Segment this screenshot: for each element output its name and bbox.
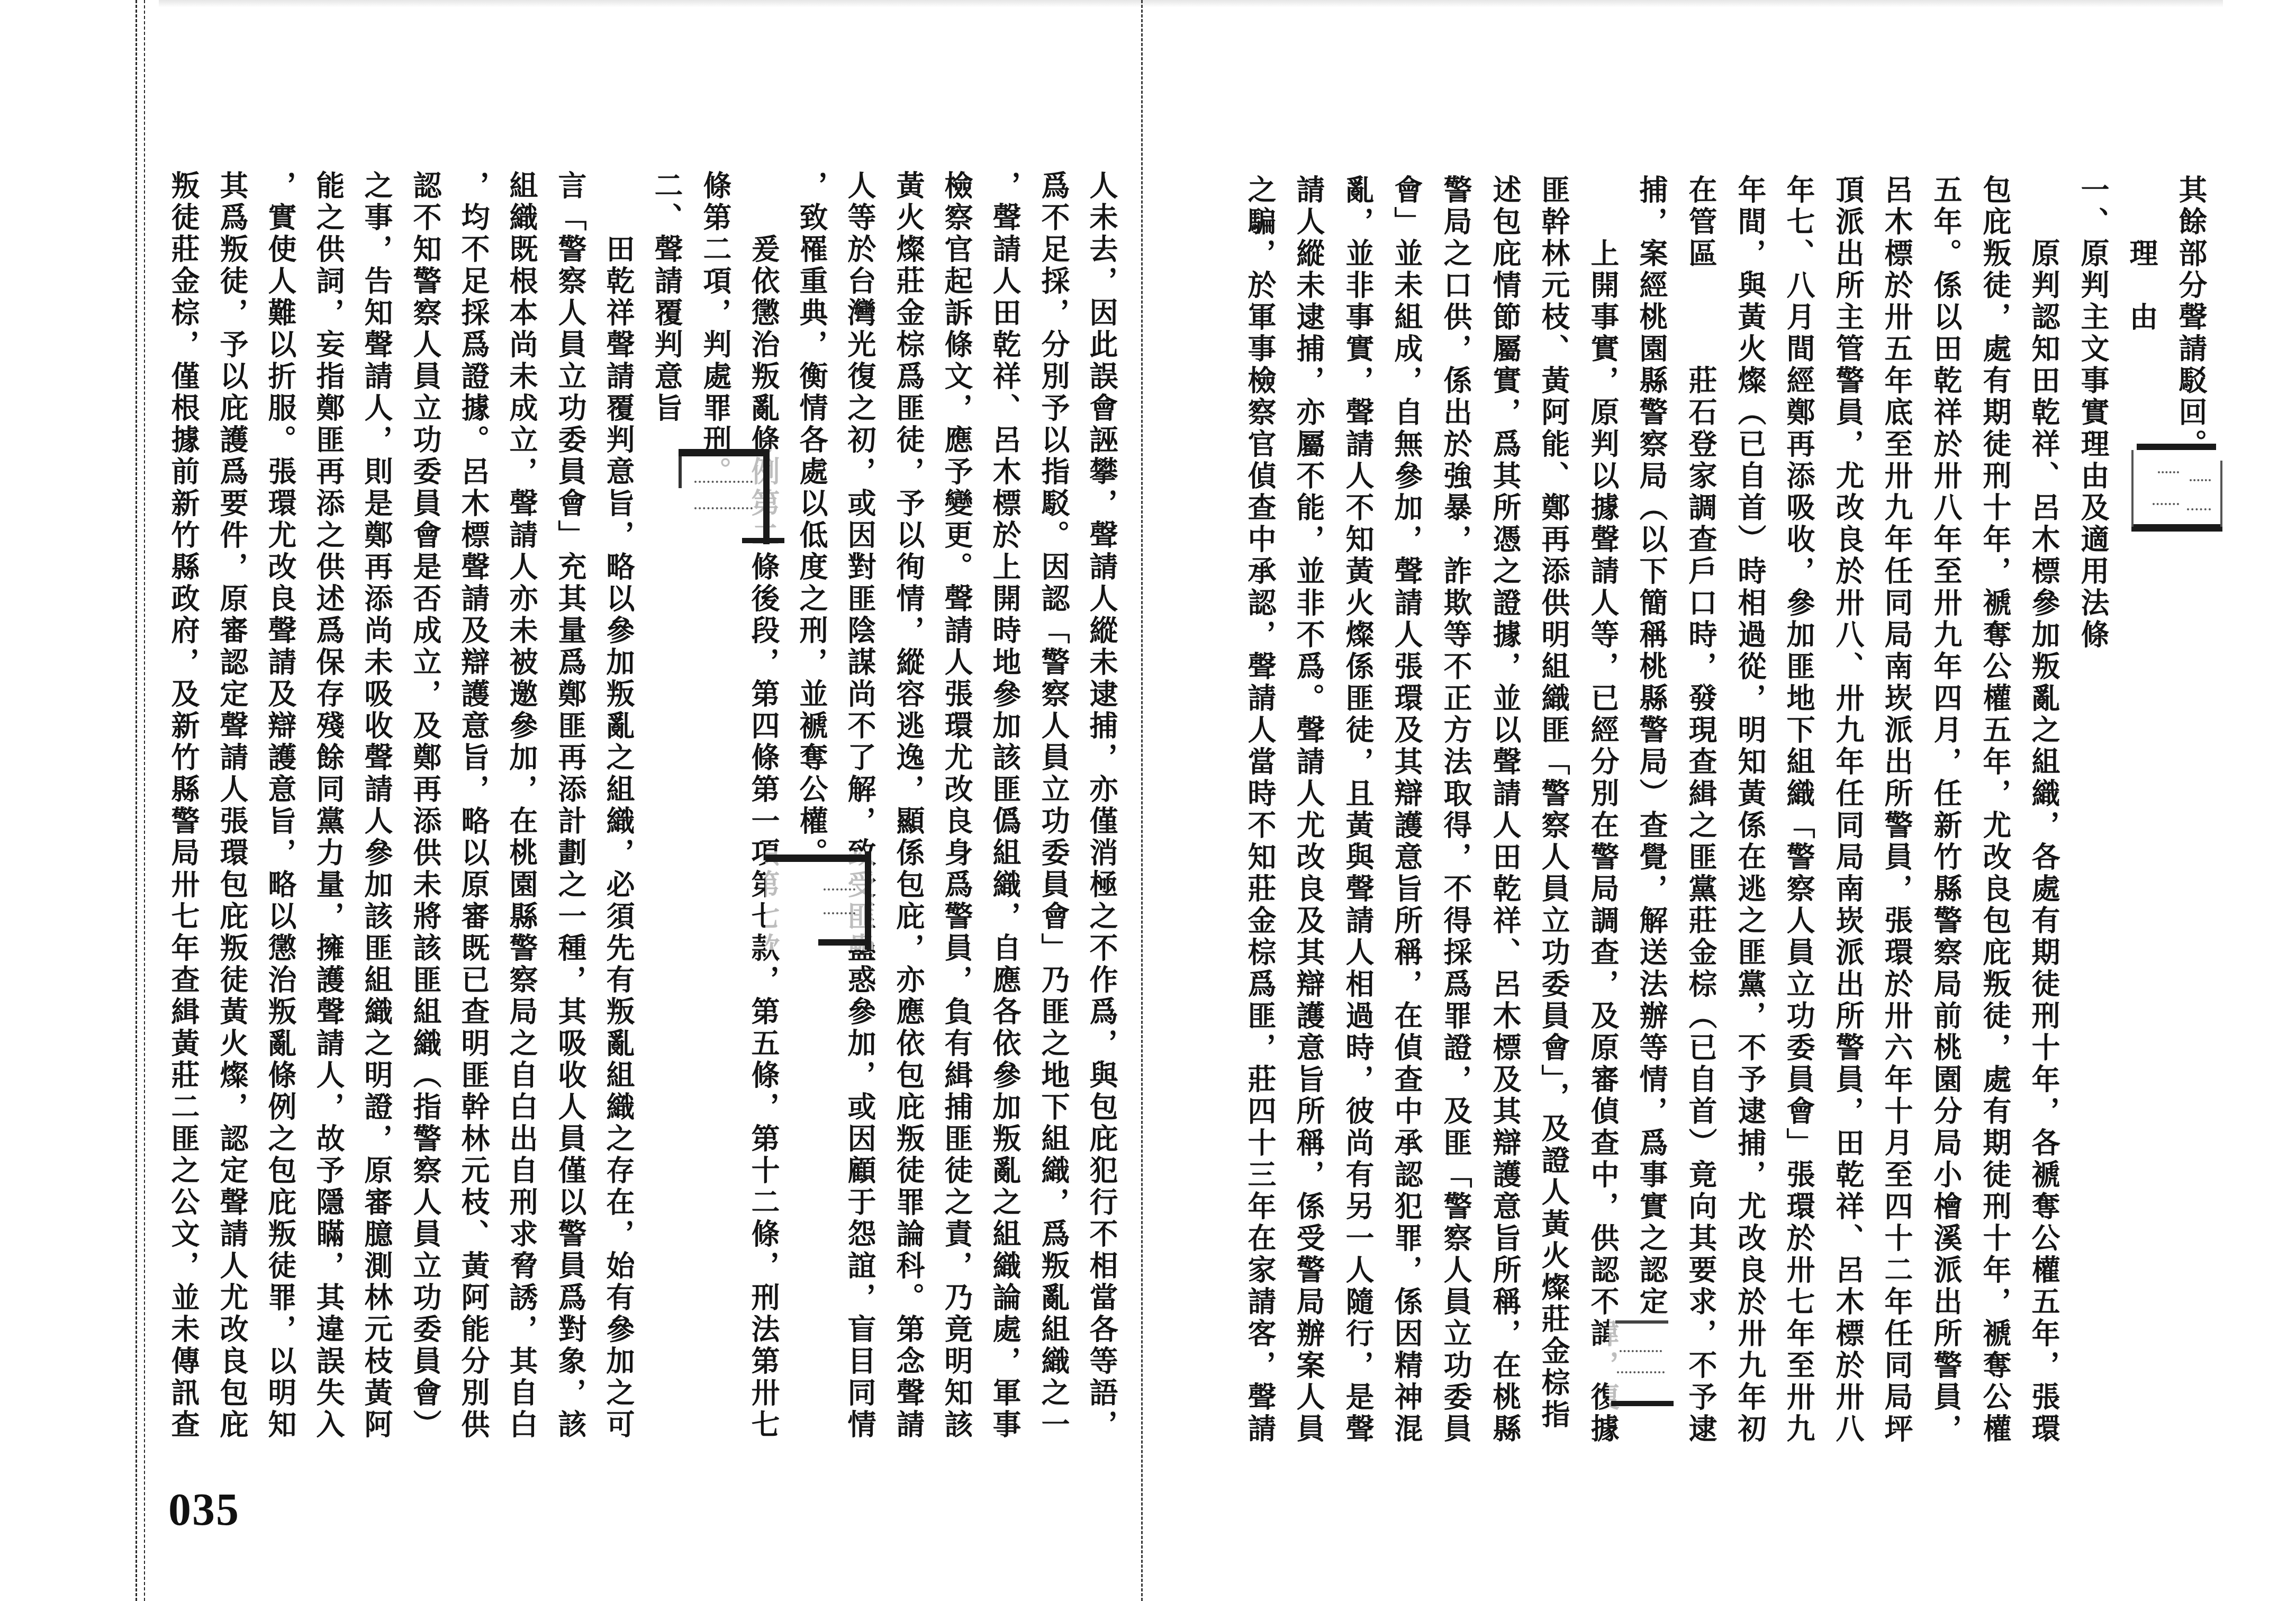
seal-border-top (2137, 444, 2216, 450)
text-column: ，致罹重典，衡情各處以低度之刑，並褫奪公權。 (796, 170, 828, 1462)
text-column: 人等於台灣光復之初，或因對匪陰謀尚不了解，致受匪蠱惑參加，或因顧于怨誼，盲目同情 (844, 170, 876, 1462)
text-column: ，均不足採爲證據。呂木標聲請及辯護意旨，略以原審既已查明匪幹林元枝、黃阿能分別供 (458, 170, 490, 1462)
text-column: 黃火燦莊金棕爲匪徒，予以徇情，縱容逃逸，顯係包庇，亦應依包庇叛徒罪論科。第念聲請 (893, 170, 925, 1462)
text-column: 叛徒莊金棕，僅根據前新竹縣政府，及新竹縣警局卅七年查緝黃莊二匪之公文，並未傳訊查 (168, 170, 200, 1462)
text-column: 檢察官起訴條文，應予變更。聲請人張環尤改良身爲警員，負有緝捕匪徒之責，乃竟明知該 (941, 170, 973, 1462)
text-column: 能之供詞，妄指鄭匪再添之供述爲保存殘餘同黨力量，擁護聲請人，故予隱瞞，其違誤失入 (313, 170, 345, 1462)
text-column: 組織既根本尚未成立，聲請人亦未被邀參加，在桃園縣警察局之自白出自刑求脅誘，其自白 (506, 170, 538, 1462)
seal-border-bottom (2131, 524, 2222, 532)
text-column: 人未去，因此誤會誣攀，聲請人縱未逮捕，亦僅消極之不作爲，與包庇犯行不相當各等語， (1086, 170, 1118, 1462)
text-column: 認不知警察人員立功委員會是否成立，及鄭再添供未將該匪組織（指警察人員立功委員會） (410, 170, 441, 1462)
subsection-heading-2: 二、聲請覆判意旨 (651, 170, 683, 1462)
text-column: 之事，告知聲請人，則是鄭再添尚未吸收聲請人參加該匪組織之明證，原審臆測林元枝黃阿 (361, 170, 393, 1462)
text-column: 條第二項，判處罪刑。 (700, 170, 731, 1462)
text-column: ，聲請人田乾祥、呂木標於上開時地參加該匪僞組織，自應各依參加叛亂之組織論處，軍事 (989, 170, 1021, 1462)
text-column: 爰依懲治叛亂條例第二條後段，第四條第一項第七款，第五條，第十二條，刑法第卅七 (748, 170, 780, 1462)
seal-stamp (2131, 439, 2222, 536)
text-column: ，實使人難以折服。張環尤改良聲請及辯護意旨，略以懲治叛亂條例之包庇叛徒罪，以明知 (265, 170, 296, 1462)
text-column: 其爲叛徒，予以庇護爲要件，原審認定聲請人張環包庇叛徒黃火燦，認定聲請人尤改良包庇 (216, 170, 248, 1462)
seal-border-right (2220, 461, 2222, 527)
text-column: 田乾祥聲請覆判意旨，略以參加叛亂之組織，必須先有叛亂組織之存在，始有參加之可 (603, 170, 635, 1462)
seal-stamp (679, 449, 784, 544)
seal-stamp (1609, 1313, 1676, 1414)
page-number: 035 (168, 1486, 240, 1533)
text-column: 言「警察人員立功委員會」充其量爲鄭匪再添計劃之一種，其吸收人員僅以警員爲對象，該 (555, 170, 586, 1462)
seal-border-left (2131, 450, 2134, 527)
left-page: 人未去，因此誤會誣攀，聲請人縱未逮捕，亦僅消極之不作爲，與包庇犯行不相當各等語，… (0, 0, 2296, 1601)
text-column: 爲不足採，分別予以指駁。因認「警察人員立功委員會」乃匪之地下組織，爲叛亂組織之一 (1038, 170, 1070, 1462)
seal-stamp (765, 851, 873, 950)
